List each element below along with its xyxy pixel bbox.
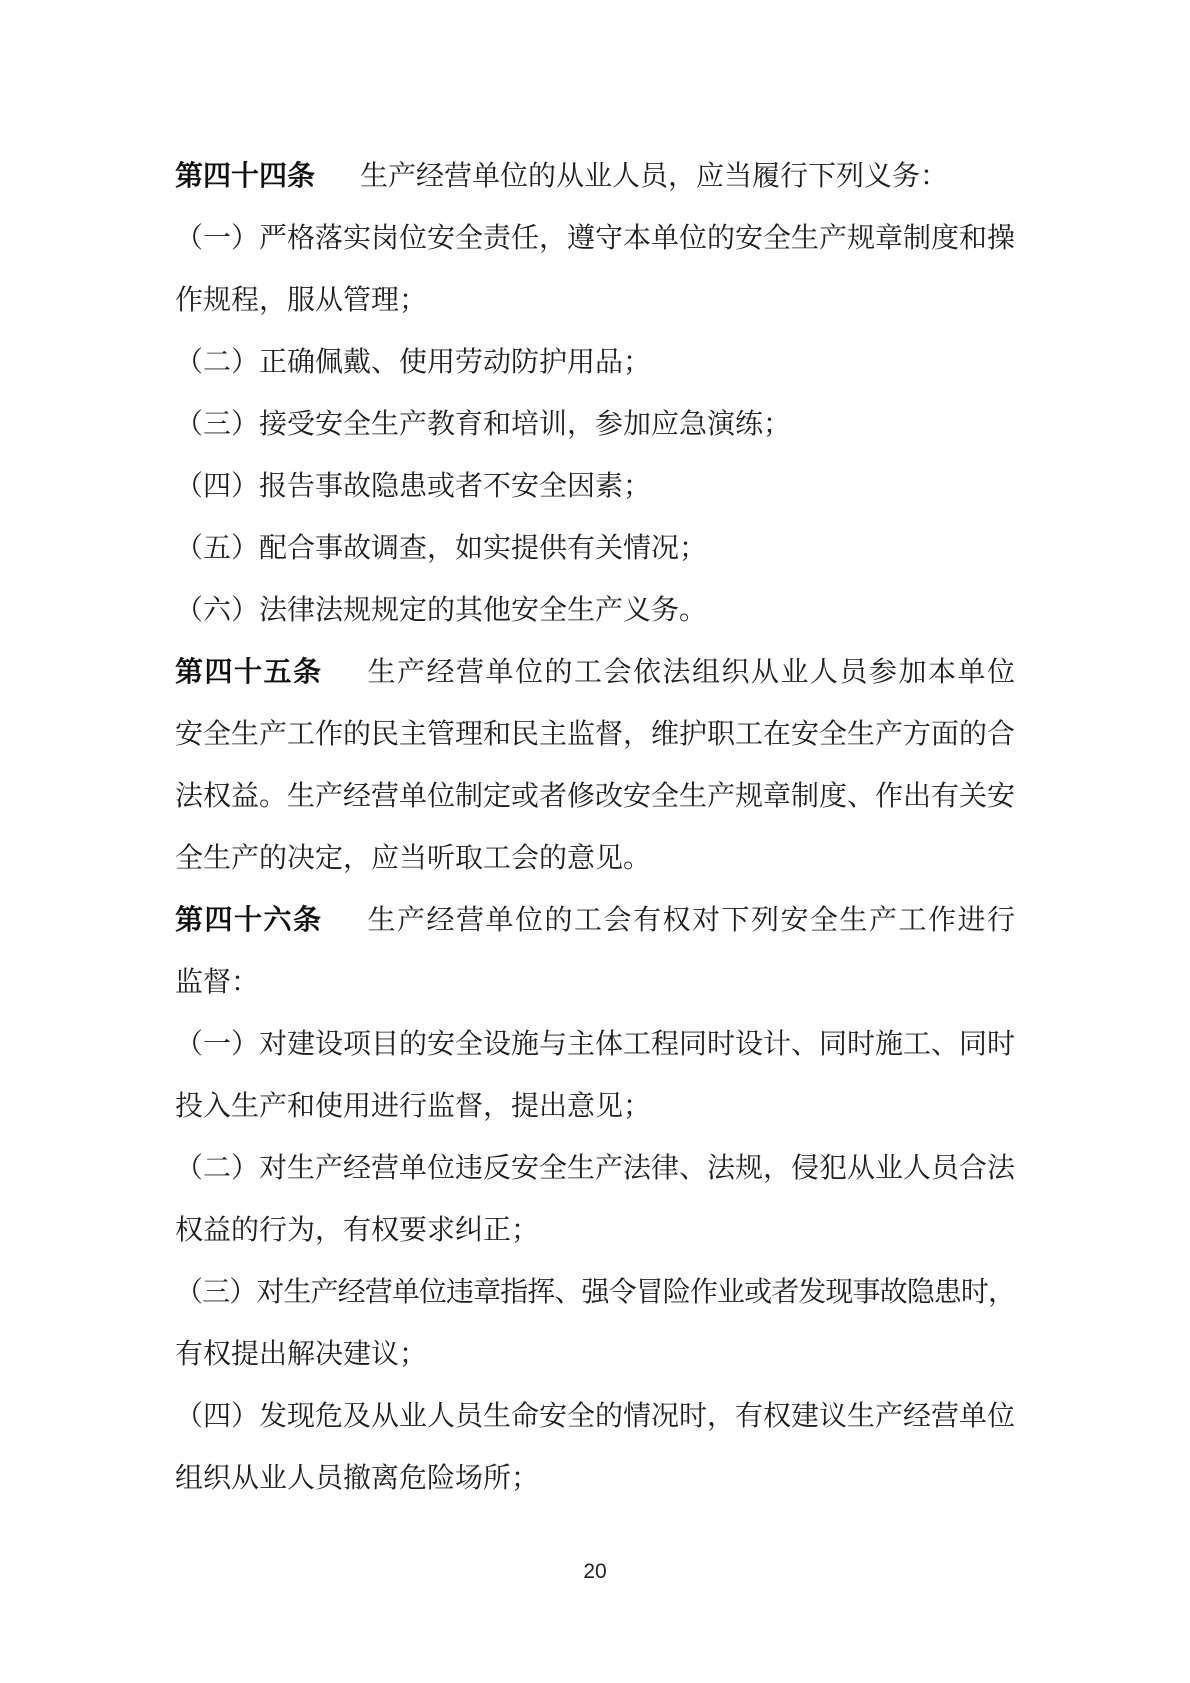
article-46-item-3: （三）对生产经营单位违章指挥、强令冒险作业或者发现事故隐患时， 有权提出解决建议… [175, 1262, 1015, 1386]
article-44-item-2: （二）正确佩戴、使用劳动防护用品； [175, 332, 1015, 394]
document-page: 第四十四条生产经营单位的从业人员，应当履行下列义务： （一）严格落实岗位安全责任… [0, 0, 1190, 1683]
text-line: （二）对生产经营单位违反安全生产法律、法规，侵犯从业人员合法 [175, 1138, 1015, 1200]
article-44-item-1: （一）严格落实岗位安全责任，遵守本单位的安全生产规章制度和操 作规程，服从管理； [175, 208, 1015, 332]
article-45-number: 第四十五条 [175, 657, 323, 688]
text-line: （六）法律法规规定的其他安全生产义务。 [175, 580, 1015, 642]
text-line: 组织从业人员撤离危险场所； [175, 1448, 1015, 1510]
article-46-item-4: （四）发现危及从业人员生命安全的情况时，有权建议生产经营单位 组织从业人员撤离危… [175, 1386, 1015, 1510]
article-44-intro: 生产经营单位的从业人员，应当履行下列义务： [360, 161, 948, 192]
text-line: 投入生产和使用进行监督，提出意见； [175, 1076, 1015, 1138]
text-line: （一）对建设项目的安全设施与主体工程同时设计、同时施工、同时 [175, 1014, 1015, 1076]
article-44-item-6: （六）法律法规规定的其他安全生产义务。 [175, 580, 1015, 642]
article-45-paragraph: 第四十五条生产经营单位的工会依法组织从业人员参加本单位 安全生产工作的民主管理和… [175, 642, 1015, 890]
text-line: 第四十五条生产经营单位的工会依法组织从业人员参加本单位 [175, 642, 1015, 704]
article-44-number: 第四十四条 [175, 161, 315, 192]
article-44-item-3: （三）接受安全生产教育和培训，参加应急演练； [175, 394, 1015, 456]
text-line: 第四十四条生产经营单位的从业人员，应当履行下列义务： [175, 146, 1015, 208]
text-line: 第四十六条生产经营单位的工会有权对下列安全生产工作进行 [175, 890, 1015, 952]
article-45-intro: 生产经营单位的工会依法组织从业人员参加本单位 [368, 657, 1015, 688]
text-line: 权益的行为，有权要求纠正； [175, 1200, 1015, 1262]
page-number: 20 [0, 1558, 1190, 1586]
text-line: （二）正确佩戴、使用劳动防护用品； [175, 332, 1015, 394]
article-44-item-4: （四）报告事故隐患或者不安全因素； [175, 456, 1015, 518]
text-line: （四）发现危及从业人员生命安全的情况时，有权建议生产经营单位 [175, 1386, 1015, 1448]
text-line: （一）严格落实岗位安全责任，遵守本单位的安全生产规章制度和操 [175, 208, 1015, 270]
article-46-number: 第四十六条 [175, 905, 323, 936]
document-body: 第四十四条生产经营单位的从业人员，应当履行下列义务： （一）严格落实岗位安全责任… [175, 146, 1015, 1510]
text-line: （三）对生产经营单位违章指挥、强令冒险作业或者发现事故隐患时， [175, 1262, 1015, 1324]
text-line: 安全生产工作的民主管理和民主监督，维护职工在安全生产方面的合 [175, 704, 1015, 766]
text-line: （五）配合事故调查，如实提供有关情况； [175, 518, 1015, 580]
text-line: 作规程，服从管理； [175, 270, 1015, 332]
text-line: 全生产的决定，应当听取工会的意见。 [175, 828, 1015, 890]
text-line: 法权益。生产经营单位制定或者修改安全生产规章制度、作出有关安 [175, 766, 1015, 828]
article-44-paragraph: 第四十四条生产经营单位的从业人员，应当履行下列义务： [175, 146, 1015, 208]
article-46-paragraph: 第四十六条生产经营单位的工会有权对下列安全生产工作进行 监督： [175, 890, 1015, 1014]
article-46-item-1: （一）对建设项目的安全设施与主体工程同时设计、同时施工、同时 投入生产和使用进行… [175, 1014, 1015, 1138]
text-line: 监督： [175, 952, 1015, 1014]
text-line: （四）报告事故隐患或者不安全因素； [175, 456, 1015, 518]
article-44-item-5: （五）配合事故调查，如实提供有关情况； [175, 518, 1015, 580]
article-46-item-2: （二）对生产经营单位违反安全生产法律、法规，侵犯从业人员合法 权益的行为，有权要… [175, 1138, 1015, 1262]
text-line: （三）接受安全生产教育和培训，参加应急演练； [175, 394, 1015, 456]
text-line: 有权提出解决建议； [175, 1324, 1015, 1386]
article-46-intro: 生产经营单位的工会有权对下列安全生产工作进行 [368, 905, 1015, 936]
